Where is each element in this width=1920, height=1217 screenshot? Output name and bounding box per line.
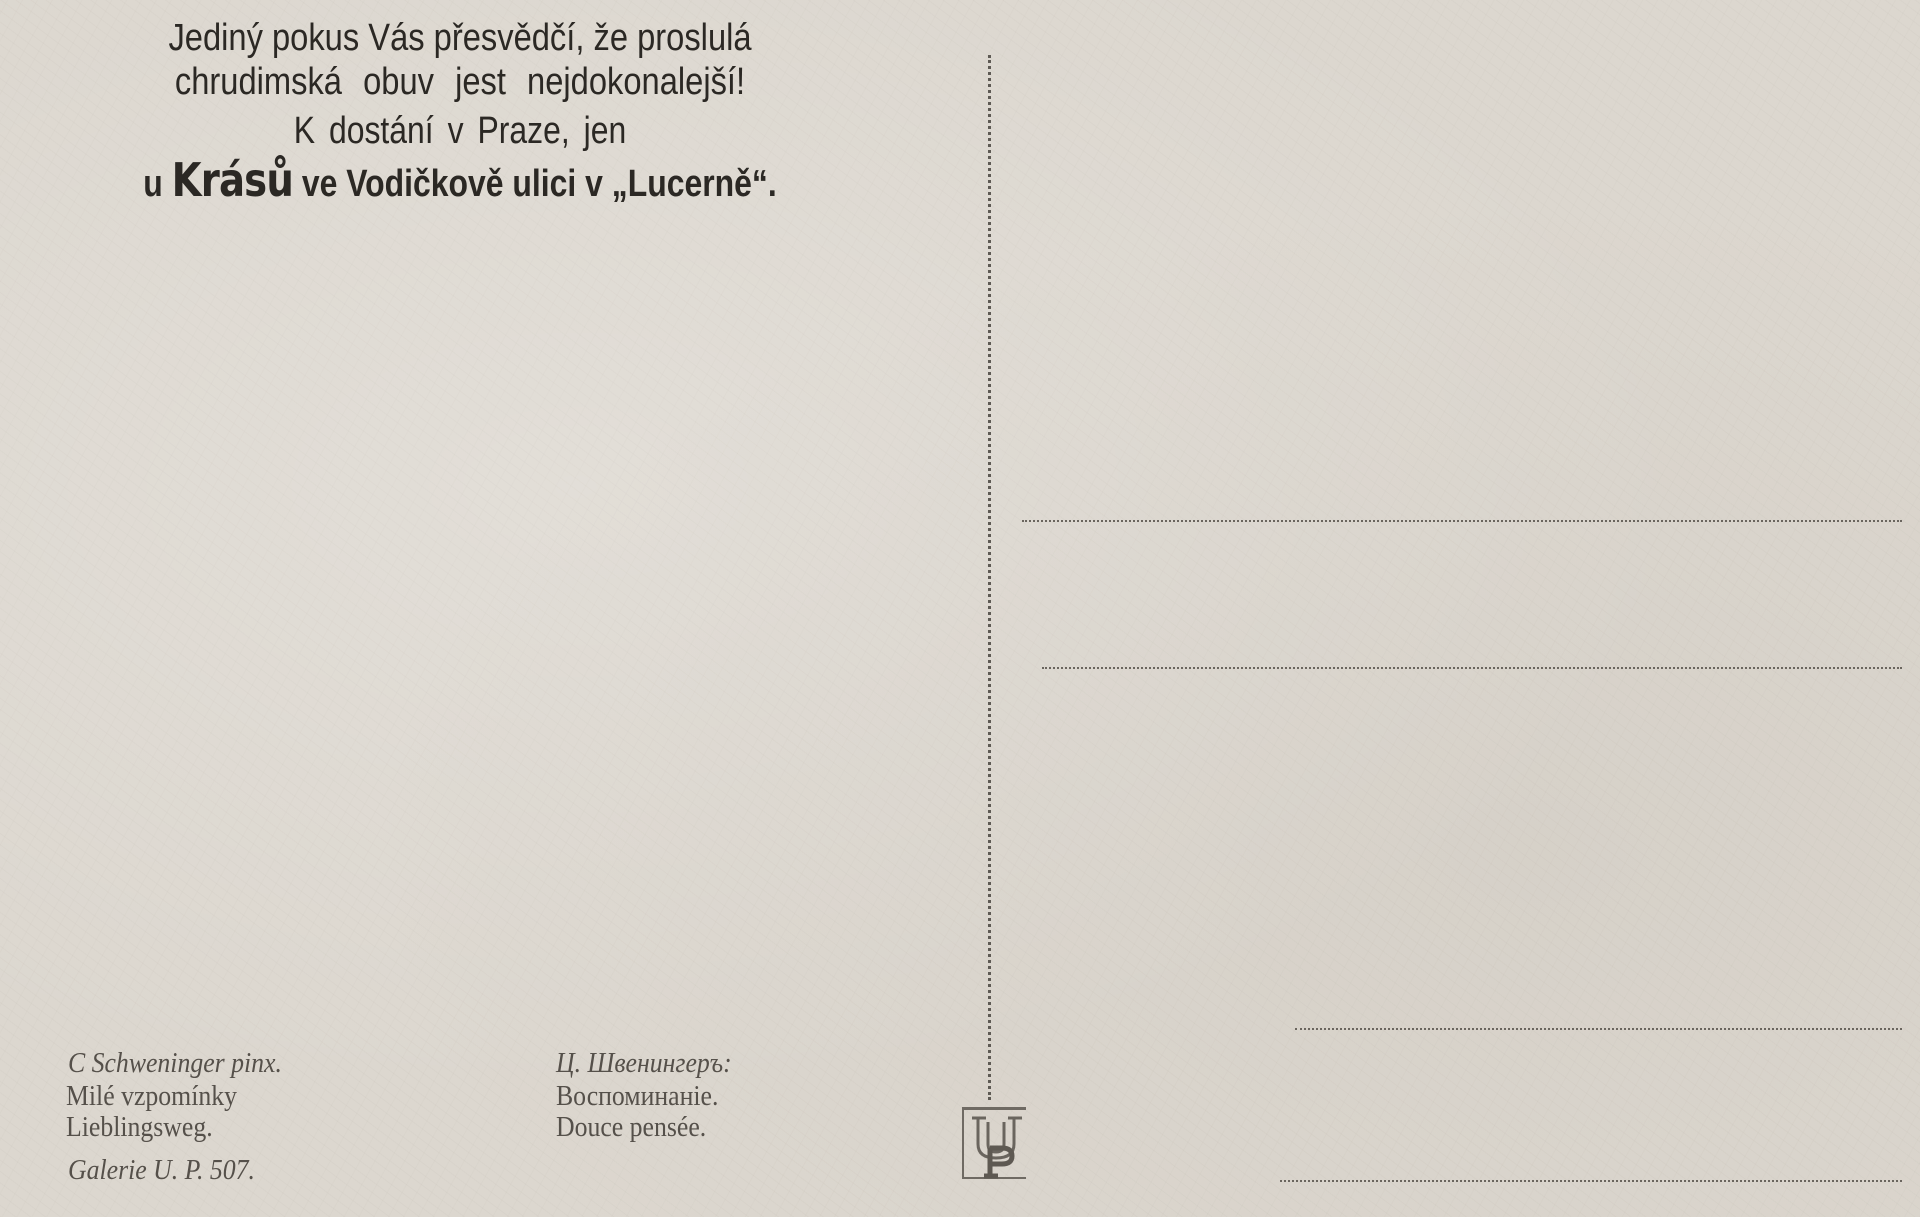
- ad-line-1: Jediný pokus Vás přesvědčí, že proslulá: [99, 16, 821, 60]
- artist-credit-russian: Ц. Швенингеръ:: [556, 1048, 732, 1080]
- ad-prefix: u: [143, 163, 163, 205]
- address-line-2: [1042, 667, 1902, 669]
- title-czech: Milé vzpomínky: [66, 1081, 237, 1113]
- brand-name: Krásů: [172, 153, 293, 207]
- title-german: Lieblingsweg.: [66, 1112, 213, 1144]
- ad-suffix: ve Vodičkově ulici v „Lucerně“.: [302, 163, 777, 205]
- ad-line-4: u Krásů ve Vodičkově ulici v „Lucerně“.: [107, 156, 813, 208]
- advertisement-block: Jediný pokus Vás přesvědčí, že proslulá …: [40, 16, 880, 208]
- address-line-4: [1280, 1180, 1902, 1182]
- up-monogram-icon: [964, 1110, 1028, 1182]
- ad-line-3: K dostání v Praze, jen: [107, 106, 813, 156]
- title-russian: Воспоминаніе.: [556, 1081, 718, 1113]
- title-french: Douce pensée.: [556, 1112, 706, 1144]
- center-divider: [988, 55, 991, 1100]
- address-line-1: [1022, 520, 1902, 522]
- publisher-logo: [962, 1107, 1026, 1179]
- ad-line-2: chrudimská obuv jest nejdokonalejší!: [99, 60, 821, 104]
- address-line-3: [1295, 1028, 1902, 1030]
- artist-credit: C Schweninger pinx.: [68, 1048, 282, 1080]
- series-number: Galerie U. P. 507.: [68, 1155, 255, 1187]
